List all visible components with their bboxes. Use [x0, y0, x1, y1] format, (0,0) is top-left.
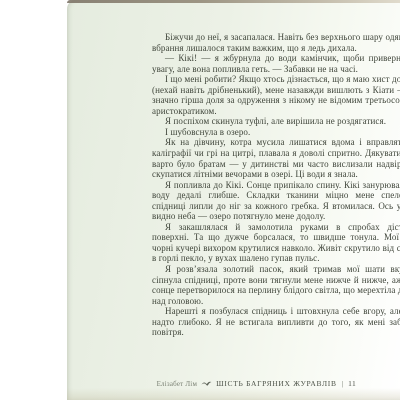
running-footer: Елізабет Лім ШІСТЬ БАГРЯНИХ ЖУРАВЛІВ | 1… — [157, 379, 356, 388]
paragraph: Я поспіхом скинула туфлі, але вирішила н… — [152, 116, 400, 127]
paragraph: І що мені робити? Якщо хтось дізнається,… — [152, 74, 400, 116]
paragraph: Нарешті я позбулася спідниць і штовхнула… — [152, 306, 400, 338]
crane-icon — [201, 380, 212, 387]
page-top-edge — [67, 0, 400, 3]
body-text: Біжучи до неї, я засапалася. Навіть без … — [152, 32, 400, 338]
footer-page-number: 11 — [348, 379, 356, 388]
paragraph: — Кікі! — я жбурнула до води камінчик, щ… — [152, 53, 400, 74]
paragraph: Як на дівчину, котра мусила лишатися вдо… — [152, 137, 400, 179]
paragraph: Я розв’язала золотий пасок, який тримав … — [152, 264, 400, 306]
paragraph: І шубовснула в озеро. — [152, 127, 400, 138]
paragraph: Я попливла до Кікі. Сонце припікало спин… — [152, 180, 400, 222]
book-page: Біжучи до неї, я засапалася. Навіть без … — [67, 0, 400, 400]
paragraph: Я закашлялася й замолотила руками в спро… — [152, 222, 400, 264]
footer-book-title: ШІСТЬ БАГРЯНИХ ЖУРАВЛІВ — [216, 379, 337, 388]
footer-author: Елізабет Лім — [157, 380, 198, 388]
footer-separator: | — [342, 379, 344, 388]
paragraph: Біжучи до неї, я засапалася. Навіть без … — [152, 32, 400, 53]
photo-background: Біжучи до неї, я засапалася. Навіть без … — [0, 0, 400, 400]
page-bottom-shade — [67, 388, 400, 400]
